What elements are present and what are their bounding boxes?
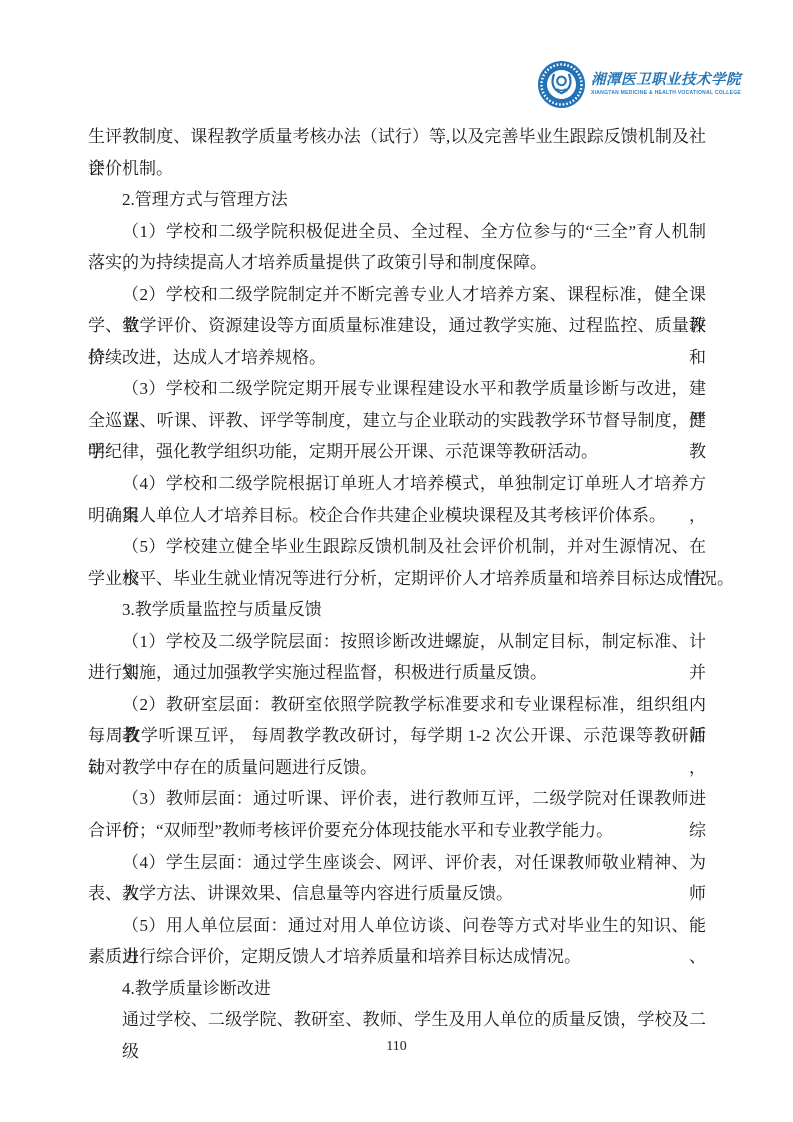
text-line: 3.教学质量监控与质量反馈 <box>88 594 706 626</box>
text-line: 生评教制度、课程教学质量考核办法（试行）等,以及完善毕业生跟踪反馈机制及社会 <box>88 121 706 153</box>
text-line: 落实，为持续提高人才培养质量提供了政策引导和制度保障。 <box>88 247 706 279</box>
college-name-zh: 湘潭医卫职业技术学院 <box>591 71 741 90</box>
college-seal-icon <box>538 61 585 108</box>
document-page: 湘潭医卫职业技术学院 XIANGTAN MEDICINE & HEALTH VO… <box>0 0 793 1122</box>
text-line: （4）学生层面：通过学生座谈会、网评、评价表，对任课教师敬业精神、为人师 <box>88 847 706 879</box>
text-line: （2）学校和二级学院制定并不断完善专业人才培养方案、课程标准，健全课堂教 <box>88 279 706 311</box>
text-line: 2.管理方式与管理方法 <box>88 184 706 216</box>
text-line: （1）学校和二级学院积极促进全员、全过程、全方位参与的“三全”育人机制的 <box>88 216 706 248</box>
text-line: 评价机制。 <box>88 153 706 185</box>
college-name-en: XIANGTAN MEDICINE & HEALTH VOCATIONAL CO… <box>591 90 741 97</box>
text-line: （3）教师层面：通过听课、评价表，进行教师互评，二级学院对任课教师进行综 <box>88 783 706 815</box>
text-line: （4）学校和二级学院根据订单班人才培养模式，单独制定订单班人才培养方案， <box>88 468 706 500</box>
text-line: （3）学校和二级学院定期开展专业课程建设水平和教学质量诊断与改进，建立健 <box>88 373 706 405</box>
text-line: （1）学校及二级学院层面：按照诊断改进螺旋，从制定目标，制定标准、计划并 <box>88 626 706 658</box>
college-name-block: 湘潭医卫职业技术学院 XIANGTAN MEDICINE & HEALTH VO… <box>591 71 741 97</box>
page-number: 110 <box>0 1039 793 1055</box>
text-line: 全巡课、听课、评教、评学等制度，建立与企业联动的实践教学环节督导制度，严明教 <box>88 405 706 437</box>
text-line: （5）用人单位层面：通过对用人单位访谈、问卷等方式对毕业生的知识、能力、 <box>88 910 706 942</box>
text-line: （5）学校建立健全毕业生跟踪反馈机制及社会评价机制，并对生源情况、在校生 <box>88 531 706 563</box>
text-line: 每周教学听课互评， 每周教学教改研讨，每学期 1-2 次公开课、示范课等教研活动… <box>88 720 706 752</box>
text-line: （2）教研室层面：教研室依照学院教学标准要求和专业课程标准，组织组内教师 <box>88 689 706 721</box>
text-line: 学业水平、毕业生就业情况等进行分析，定期评价人才培养质量和培养目标达成情况。 <box>88 563 706 595</box>
document-body: 生评教制度、课程教学质量考核办法（试行）等,以及完善毕业生跟踪反馈机制及社会评价… <box>88 121 706 1036</box>
text-line: 明确用人单位人才培养目标。校企合作共建企业模块课程及其考核评价体系。 <box>88 500 706 532</box>
text-line: 学、教学评价、资源建设等方面质量标准建设，通过教学实施、过程监控、质量评价和 <box>88 310 706 342</box>
text-line: 4.教学质量诊断改进 <box>88 973 706 1005</box>
text-line: 通过学校、二级学院、教研室、教师、学生及用人单位的质量反馈，学校及二级 <box>88 1004 706 1036</box>
college-logo: 湘潭医卫职业技术学院 XIANGTAN MEDICINE & HEALTH VO… <box>538 60 741 108</box>
